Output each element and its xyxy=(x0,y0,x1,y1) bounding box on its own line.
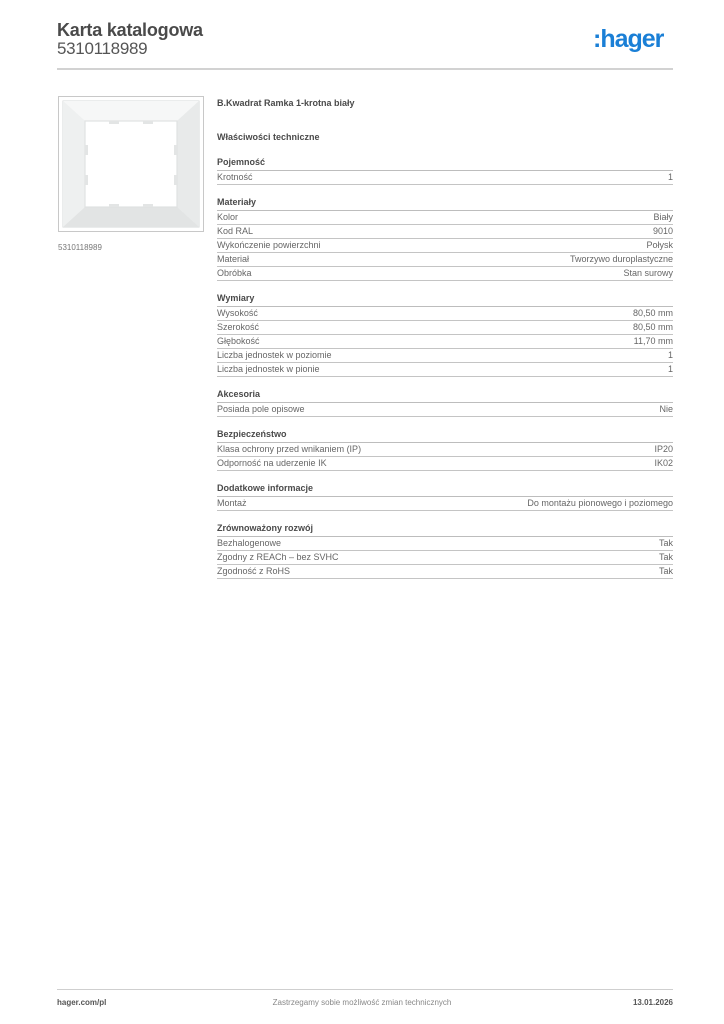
property-label: Materiał xyxy=(217,253,249,266)
section-title: Dodatkowe informacje xyxy=(217,483,673,497)
property-row: Krotność1 xyxy=(217,171,673,185)
property-label: Odporność na uderzenie IK xyxy=(217,457,327,470)
header-divider xyxy=(57,68,673,70)
property-label: Kolor xyxy=(217,211,238,224)
property-row: Wykończenie powierzchniPołysk xyxy=(217,239,673,253)
section: Dodatkowe informacjeMontażDo montażu pio… xyxy=(217,483,673,511)
property-label: Głębokość xyxy=(217,335,260,348)
property-row: Głębokość11,70 mm xyxy=(217,335,673,349)
section: AkcesoriaPosiada pole opisoweNie xyxy=(217,389,673,417)
property-label: Zgodność z RoHS xyxy=(217,565,290,578)
property-label: Liczba jednostek w pionie xyxy=(217,363,320,376)
section-title: Zrównoważony rozwój xyxy=(217,523,673,537)
properties-heading: Właściwości techniczne xyxy=(217,131,673,143)
property-label: Liczba jednostek w poziomie xyxy=(217,349,332,362)
property-value: 1 xyxy=(668,363,673,376)
property-row: Wysokość80,50 mm xyxy=(217,307,673,321)
image-caption: 5310118989 xyxy=(58,243,102,252)
property-value: 1 xyxy=(668,171,673,184)
property-value: Tak xyxy=(659,537,673,550)
property-label: Bezhalogenowe xyxy=(217,537,281,550)
hager-logo: :hager xyxy=(593,27,663,52)
section-title: Bezpieczeństwo xyxy=(217,429,673,443)
footer-date: 13.01.2026 xyxy=(633,998,673,1007)
property-row: ObróbkaStan surowy xyxy=(217,267,673,281)
footer-divider xyxy=(57,989,673,990)
section-title: Pojemność xyxy=(217,157,673,171)
frame-product-icon xyxy=(59,97,203,231)
property-value: 11,70 mm xyxy=(634,335,673,348)
property-value: IK02 xyxy=(654,457,673,470)
property-row: Klasa ochrony przed wnikaniem (IP)IP20 xyxy=(217,443,673,457)
section: BezpieczeństwoKlasa ochrony przed wnikan… xyxy=(217,429,673,471)
document-number: 5310118989 xyxy=(57,39,147,59)
section: WymiaryWysokość80,50 mmSzerokość80,50 mm… xyxy=(217,293,673,377)
property-label: Krotność xyxy=(217,171,253,184)
product-image xyxy=(58,96,204,232)
section: MateriałyKolorBiałyKod RAL9010Wykończeni… xyxy=(217,197,673,281)
property-value: 1 xyxy=(668,349,673,362)
property-value: Tworzywo duroplastyczne xyxy=(570,253,673,266)
property-row: Liczba jednostek w poziomie1 xyxy=(217,349,673,363)
property-row: Szerokość80,50 mm xyxy=(217,321,673,335)
property-value: Tak xyxy=(659,551,673,564)
property-value: Nie xyxy=(659,403,673,416)
property-label: Obróbka xyxy=(217,267,252,280)
property-label: Zgodny z REACh – bez SVHC xyxy=(217,551,339,564)
property-label: Wykończenie powierzchni xyxy=(217,239,320,252)
property-row: Zgodność z RoHSTak xyxy=(217,565,673,579)
property-label: Klasa ochrony przed wnikaniem (IP) xyxy=(217,443,361,456)
property-row: Posiada pole opisoweNie xyxy=(217,403,673,417)
property-row: MontażDo montażu pionowego i poziomego xyxy=(217,497,673,511)
property-label: Kod RAL xyxy=(217,225,253,238)
property-label: Posiada pole opisowe xyxy=(217,403,305,416)
property-value: Biały xyxy=(653,211,673,224)
document-title: Karta katalogowa xyxy=(57,20,203,41)
property-row: Liczba jednostek w pionie1 xyxy=(217,363,673,377)
property-label: Montaż xyxy=(217,497,247,510)
property-label: Szerokość xyxy=(217,321,259,334)
product-name: B.Kwadrat Ramka 1-krotna biały xyxy=(217,97,673,109)
section-title: Wymiary xyxy=(217,293,673,307)
property-value: Do montażu pionowego i poziomego xyxy=(527,497,673,510)
property-label: Wysokość xyxy=(217,307,258,320)
section-title: Materiały xyxy=(217,197,673,211)
property-row: BezhalogenoweTak xyxy=(217,537,673,551)
property-row: KolorBiały xyxy=(217,211,673,225)
property-row: Odporność na uderzenie IKIK02 xyxy=(217,457,673,471)
property-value: 9010 xyxy=(653,225,673,238)
property-row: Kod RAL9010 xyxy=(217,225,673,239)
section-title: Akcesoria xyxy=(217,389,673,403)
property-value: Stan surowy xyxy=(623,267,673,280)
property-value: Tak xyxy=(659,565,673,578)
section: Zrównoważony rozwójBezhalogenoweTakZgodn… xyxy=(217,523,673,579)
footer-disclaimer: Zastrzegamy sobie możliwość zmian techni… xyxy=(0,998,724,1007)
properties-sections: PojemnośćKrotność1MateriałyKolorBiałyKod… xyxy=(217,157,673,579)
product-content: B.Kwadrat Ramka 1-krotna biały Właściwoś… xyxy=(217,97,673,579)
property-value: 80,50 mm xyxy=(633,307,673,320)
property-value: Połysk xyxy=(646,239,673,252)
property-value: IP20 xyxy=(654,443,673,456)
property-row: Zgodny z REACh – bez SVHCTak xyxy=(217,551,673,565)
property-value: 80,50 mm xyxy=(633,321,673,334)
property-row: MateriałTworzywo duroplastyczne xyxy=(217,253,673,267)
section: PojemnośćKrotność1 xyxy=(217,157,673,185)
